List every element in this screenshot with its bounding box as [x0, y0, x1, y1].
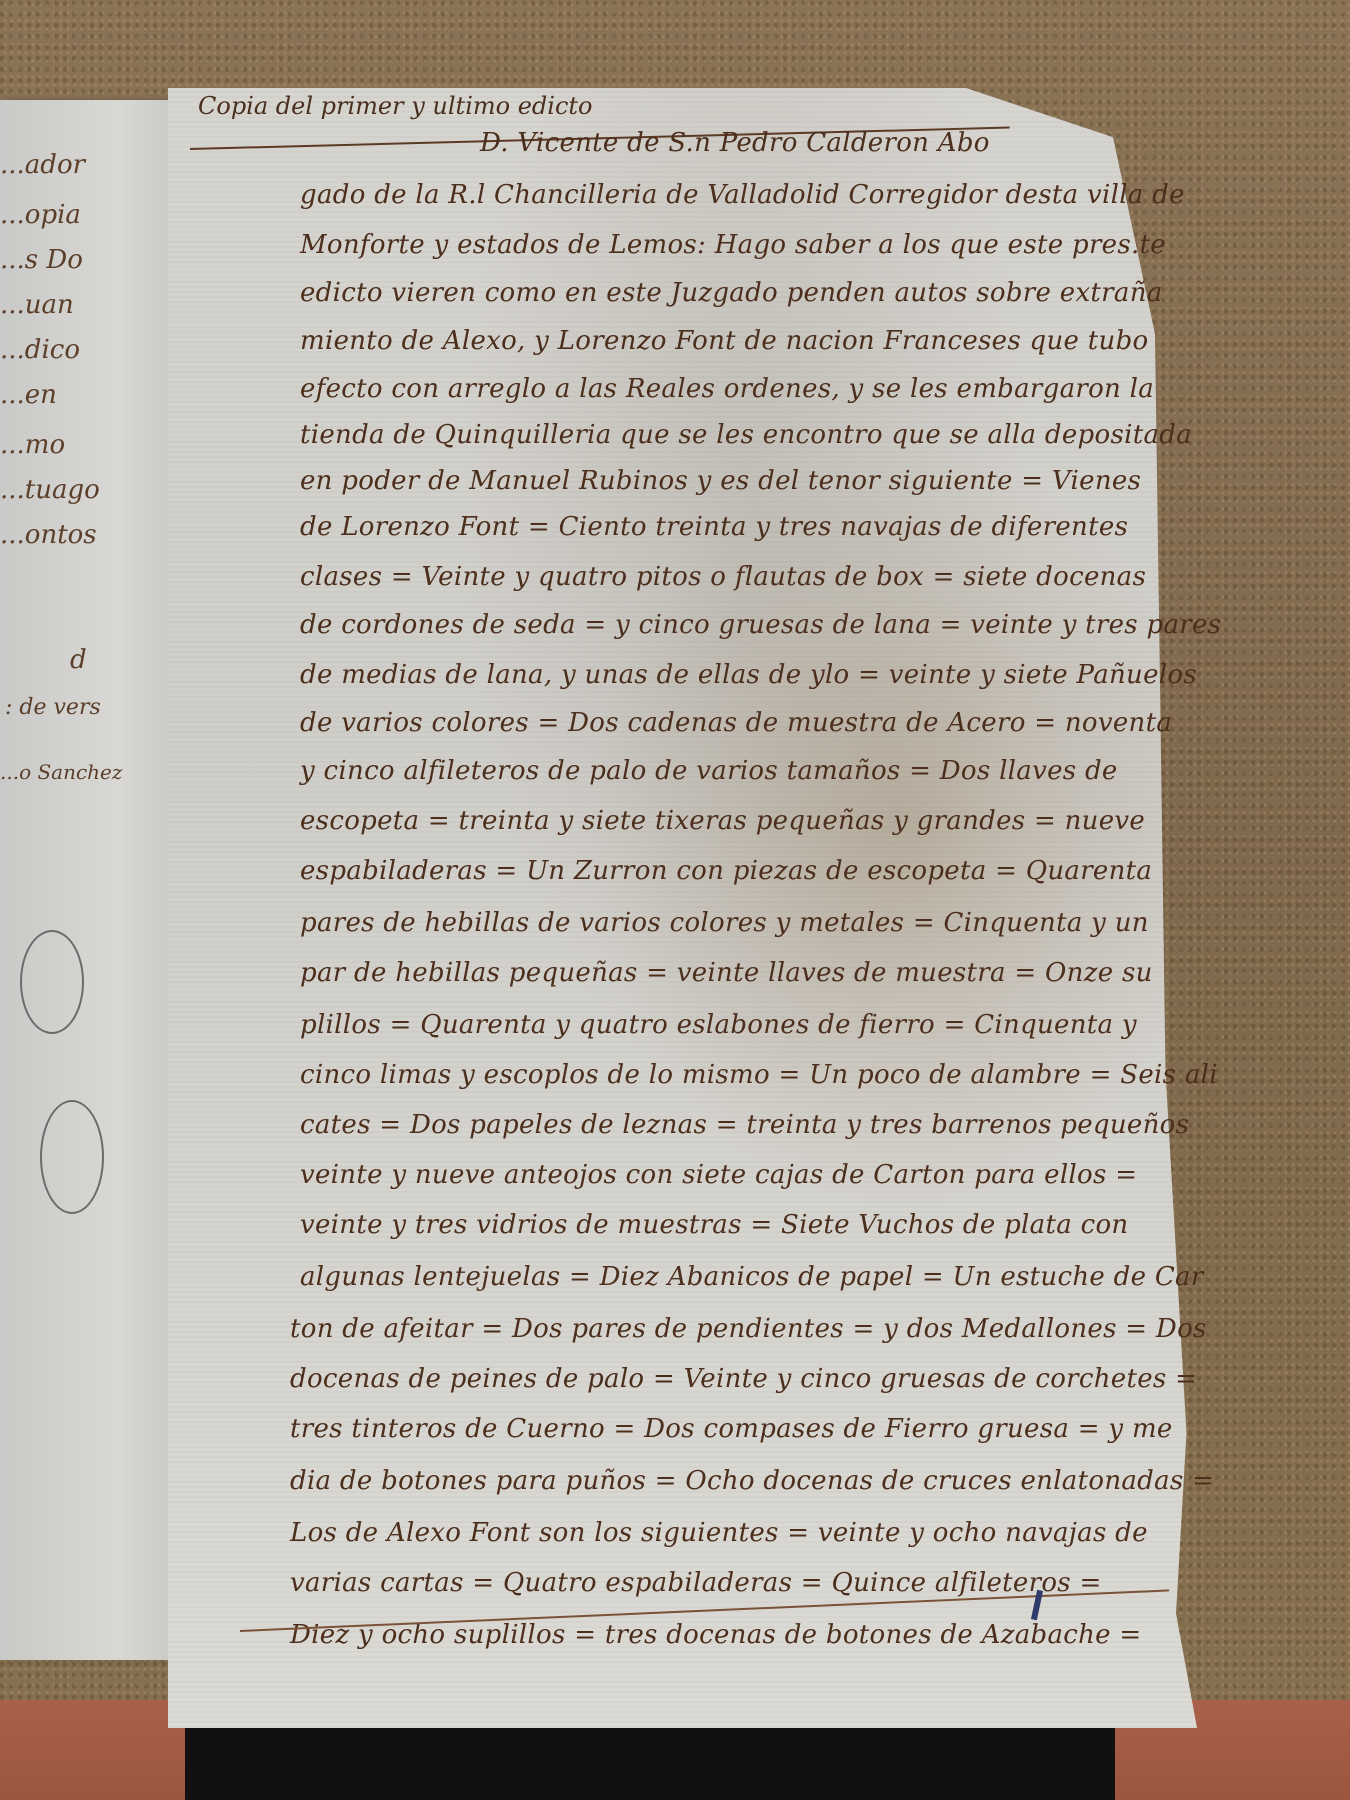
manuscript-line: cinco limas y escoplos de lo mismo = Un …: [300, 1060, 1218, 1090]
manuscript-line: cates = Dos papeles de leznas = treinta …: [300, 1110, 1189, 1140]
manuscript-line: ton de afeitar = Dos pares de pendientes…: [290, 1314, 1207, 1344]
manuscript-line: Los de Alexo Font son los siguientes = v…: [290, 1518, 1148, 1548]
pencil-loop-drawing: [20, 930, 84, 1034]
left-fragment: : de vers: [5, 695, 101, 720]
manuscript-line: miento de Alexo, y Lorenzo Font de nacio…: [300, 326, 1148, 356]
manuscript-line: de medias de lana, y unas de ellas de yl…: [300, 660, 1197, 690]
left-fragment: ...ador: [0, 150, 85, 180]
manuscript-line: plillos = Quarenta y quatro eslabones de…: [300, 1010, 1137, 1040]
manuscript-line: de cordones de seda = y cinco gruesas de…: [300, 610, 1221, 640]
manuscript-line: efecto con arreglo a las Reales ordenes,…: [300, 374, 1154, 404]
manuscript-line: edicto vieren como en este Juzgado pende…: [300, 278, 1163, 308]
left-fragment: ...opia: [0, 200, 81, 230]
manuscript-line: varias cartas = Quatro espabiladeras = Q…: [290, 1568, 1102, 1598]
manuscript-line: docenas de peines de palo = Veinte y cin…: [290, 1364, 1197, 1394]
left-fragment: d: [70, 645, 87, 675]
left-fragment: ...mo: [0, 430, 65, 460]
left-fragment: ...tuago: [0, 475, 100, 505]
left-fragment: ...o Sanchez: [0, 760, 122, 784]
manuscript-line: veinte y tres vidrios de muestras = Siet…: [300, 1210, 1128, 1240]
manuscript-line: tienda de Quinquilleria que se les encon…: [300, 420, 1192, 450]
manuscript-line: par de hebillas pequeñas = veinte llaves…: [300, 958, 1153, 988]
manuscript-line: pares de hebillas de varios colores y me…: [300, 908, 1149, 938]
manuscript-line: espabiladeras = Un Zurron con piezas de …: [300, 856, 1152, 886]
manuscript-line: gado de la R.l Chancilleria de Valladoli…: [300, 180, 1185, 210]
manuscript-line: veinte y nueve anteojos con siete cajas …: [300, 1160, 1137, 1190]
manuscript-line: en poder de Manuel Rubinos y es del teno…: [300, 466, 1141, 496]
manuscript-line: Diez y ocho suplillos = tres docenas de …: [290, 1620, 1142, 1650]
document-header: Copia del primer y ultimo edicto: [198, 92, 593, 120]
manuscript-line: algunas lentejuelas = Diez Abanicos de p…: [300, 1262, 1204, 1292]
left-fragment: ...ontos: [0, 520, 97, 550]
left-fragment: ...s Do: [0, 245, 83, 275]
manuscript-line: de varios colores = Dos cadenas de muest…: [300, 708, 1172, 738]
dark-shadow-area: [185, 1720, 1115, 1800]
manuscript-line: tres tinteros de Cuerno = Dos compases d…: [290, 1414, 1173, 1444]
manuscript-line: Monforte y estados de Lemos: Hago saber …: [300, 230, 1166, 260]
pencil-loop-drawing: [40, 1100, 104, 1214]
left-fragment: ...en: [0, 380, 57, 410]
manuscript-line: dia de botones para puños = Ocho docenas…: [290, 1466, 1214, 1496]
manuscript-line: y cinco alfileteros de palo de varios ta…: [300, 756, 1118, 786]
manuscript-line: clases = Veinte y quatro pitos o flautas…: [300, 562, 1146, 592]
left-fragment: ...dico: [0, 335, 80, 365]
manuscript-line: escopeta = treinta y siete tixeras peque…: [300, 806, 1145, 836]
manuscript-line: D. Vicente de S.n Pedro Calderon Abo: [480, 128, 990, 158]
manuscript-line: de Lorenzo Font = Ciento treinta y tres …: [300, 512, 1128, 542]
left-fragment: ...uan: [0, 290, 74, 320]
